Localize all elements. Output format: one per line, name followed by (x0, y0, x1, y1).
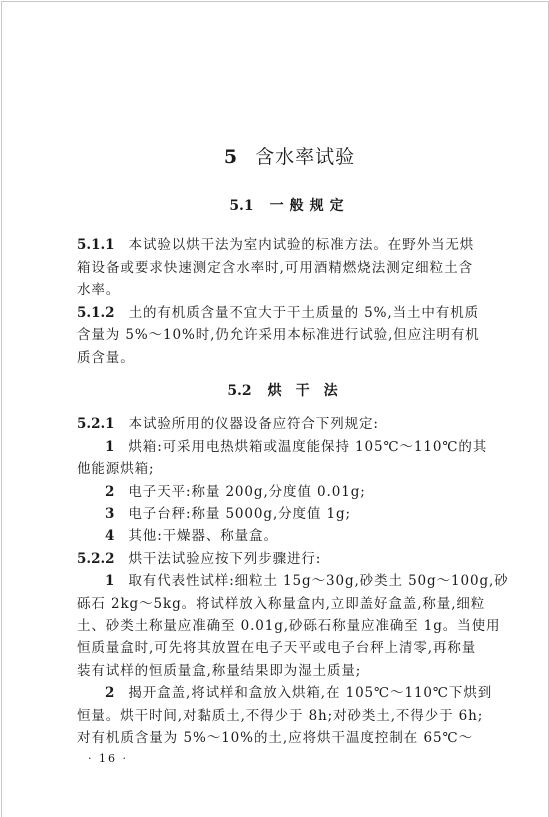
chapter-title-text: 含水率试验 (255, 146, 355, 168)
item-number: 2 (105, 484, 114, 500)
clause-text: 土的有机质含量不宜大于干土质量的 5%,当土中有机质 (129, 305, 479, 321)
section-heading-5-2: 5.2烘干法 (2, 382, 549, 400)
clause-number: 5.1.2 (77, 305, 115, 321)
item-5-2-2-2-line-2: 恒量。烘干时间,对黏质土,不得少于 8h;对砂类土,不得少于 6h; (77, 707, 473, 725)
clause-number: 5.1.1 (77, 237, 115, 253)
clause-text: 本试验以烘干法为室内试验的标准方法。在野外当无烘 (129, 237, 475, 253)
item-5-2-2-1-line-3: 土、砂类土称量应准确至 0.01g,砂砾石称量应准确至 1g。当使用 (77, 617, 473, 635)
document-page: 5含水率试验 5.1一般规定 5.1.1本试验以烘干法为室内试验的标准方法。在野… (1, 1, 549, 817)
clause-5-1-1-line-1: 5.1.1本试验以烘干法为室内试验的标准方法。在野外当无烘 (77, 236, 473, 254)
item-5-2-2-1-line-1: 1取有代表性试样:细粒土 15g～30g,砂类土 50g～100g,砂 (77, 572, 473, 590)
clause-5-2-1-line-1: 5.2.1本试验所用的仪器设备应符合下列规定: (77, 415, 473, 433)
item-number: 4 (105, 528, 114, 544)
item-number: 1 (105, 439, 114, 455)
item-text: 电子天平:称量 200g,分度值 0.01g; (128, 484, 365, 500)
item-text: 电子台秤:称量 5000g,分度值 1g; (128, 506, 351, 522)
item-5-2-2-2-line-3: 对有机质含量为 5%～10%的土,应将烘干温度控制在 65℃～ (77, 729, 473, 747)
section-number: 5.2 (227, 383, 251, 399)
item-5-2-2-1-line-4: 恒质量盒时,可先将其放置在电子天平或电子台秤上清零,再称量 (77, 639, 473, 657)
item-text: 取有代表性试样:细粒土 15g～30g,砂类土 50g～100g,砂 (128, 573, 508, 589)
item-number: 2 (105, 685, 114, 701)
chapter-number: 5 (224, 146, 237, 168)
chapter-title: 5含水率试验 (2, 145, 549, 169)
clause-5-1-1-line-2: 箱设备或要求快速测定含水率时,可用酒精燃烧法测定细粒土含 (77, 259, 473, 277)
section-title-text: 烘干法 (268, 383, 352, 399)
section-heading-5-1: 5.1一般规定 (2, 197, 549, 215)
section-title-text: 一般规定 (270, 198, 350, 214)
clause-5-1-2-line-3: 质含量。 (77, 349, 473, 367)
clause-5-1-2-line-1: 5.1.2土的有机质含量不宜大于干土质量的 5%,当土中有机质 (77, 304, 473, 322)
clause-text: 烘干法试验应按下列步骤进行: (129, 551, 322, 567)
item-5-2-2-1-line-5: 装有试样的恒质量盒,称量结果即为湿土质量; (77, 662, 473, 680)
item-5-2-1-2: 2电子天平:称量 200g,分度值 0.01g; (77, 483, 473, 501)
clause-number: 5.2.2 (77, 551, 115, 567)
page-number: · 16 · (88, 751, 128, 767)
clause-5-2-2-line-1: 5.2.2烘干法试验应按下列步骤进行: (77, 550, 473, 568)
item-5-2-2-1-line-2: 砾石 2kg～5kg。将试样放入称量盒内,立即盖好盒盖,称量,细粒 (77, 595, 473, 613)
clause-text: 本试验所用的仪器设备应符合下列规定: (129, 416, 379, 432)
item-text: 烘箱:可采用电热烘箱或温度能保持 105℃～110℃的其 (128, 439, 487, 455)
section-number: 5.1 (229, 198, 253, 214)
item-number: 1 (105, 573, 114, 589)
item-5-2-1-3: 3电子台秤:称量 5000g,分度值 1g; (77, 505, 473, 523)
item-number: 3 (105, 506, 114, 522)
clause-5-1-1-line-3: 水率。 (77, 281, 473, 299)
item-5-2-1-1-line-2: 他能源烘箱; (77, 460, 473, 478)
item-text: 揭开盒盖,将试样和盒放入烘箱,在 105℃～110℃下烘到 (128, 685, 492, 701)
clause-5-1-2-line-2: 含量为 5%～10%时,仍允许采用本标准进行试验,但应注明有机 (77, 326, 473, 344)
item-text: 其他:干燥器、称量盒。 (128, 528, 277, 544)
item-5-2-1-1-line-1: 1烘箱:可采用电热烘箱或温度能保持 105℃～110℃的其 (77, 438, 473, 456)
item-5-2-2-2-line-1: 2揭开盒盖,将试样和盒放入烘箱,在 105℃～110℃下烘到 (77, 684, 473, 702)
clause-number: 5.2.1 (77, 416, 115, 432)
item-5-2-1-4: 4其他:干燥器、称量盒。 (77, 527, 473, 545)
